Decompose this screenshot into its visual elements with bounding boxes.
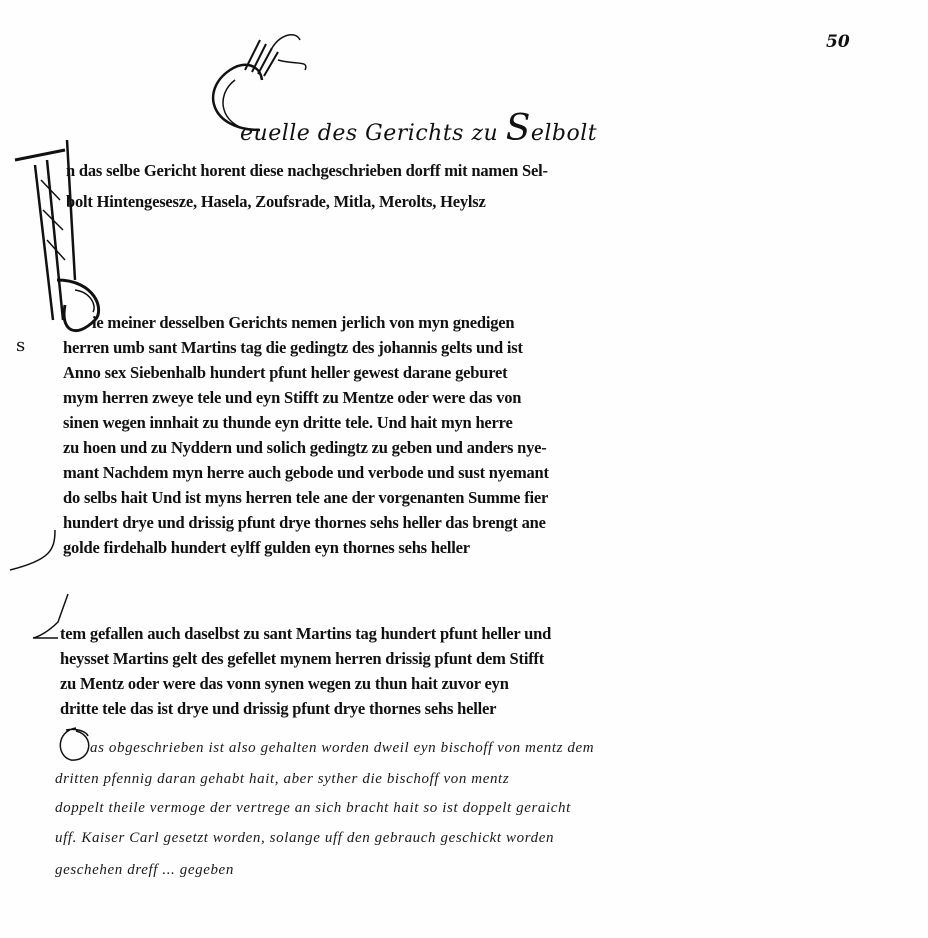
text-line: Anno sex Siebenhalb hundert pfunt heller…	[63, 363, 507, 383]
title-place-text: elbolt	[531, 121, 597, 146]
text-line: geschehen dreff ... gegeben	[55, 862, 234, 879]
text-line: zu Mentz oder were das vonn synen wegen …	[60, 674, 509, 694]
page-number: 50	[826, 32, 850, 52]
title-place-initial: S	[506, 108, 531, 149]
text-line: as obgeschrieben ist also gehalten worde…	[90, 740, 594, 757]
text-line: heysset Martins gelt des gefellet mynem …	[60, 649, 544, 669]
text-line: tem gefallen auch daselbst zu sant Marti…	[60, 624, 551, 644]
text-line: uff. Kaiser Carl gesetzt worden, solange…	[55, 830, 554, 847]
text-line: mym herren zweye tele und eyn Stifft zu …	[63, 388, 521, 408]
text-line: do selbs hait Und ist myns herren tele a…	[63, 488, 548, 508]
margin-mark: s	[16, 335, 25, 356]
text-line: zu hoen und zu Nyddern und solich geding…	[63, 438, 547, 458]
manuscript-page: 50 G euelle des Gerichts zu Selbolt I n …	[0, 0, 928, 938]
text-line: ie meiner desselben Gerichts nemen jerli…	[92, 313, 514, 333]
title-text: euelle des Gerichts zu	[240, 121, 506, 146]
text-line: dritten pfennig daran gehabt hait, aber …	[55, 771, 509, 788]
page-title: G euelle des Gerichts zu Selbolt	[240, 108, 597, 149]
text-line: mant Nachdem myn herre auch gebode und v…	[63, 463, 549, 483]
text-line: doppelt theile vermoge der vertrege an s…	[55, 800, 571, 817]
text-line: golde firdehalb hundert eylff gulden eyn…	[63, 538, 470, 558]
text-line: n das selbe Gericht horent diese nachges…	[66, 161, 548, 181]
text-line: bolt Hintengesesze, Hasela, Zoufsrade, M…	[66, 192, 486, 212]
text-line: herren umb sant Martins tag die gedingtz…	[63, 338, 523, 358]
text-line: sinen wegen innhait zu thunde eyn dritte…	[63, 413, 513, 433]
text-line: hundert drye und drissig pfunt drye thor…	[63, 513, 546, 533]
paragraph-flourish-icon	[5, 525, 65, 575]
text-line: dritte tele das ist drye und drissig pfu…	[60, 699, 496, 719]
